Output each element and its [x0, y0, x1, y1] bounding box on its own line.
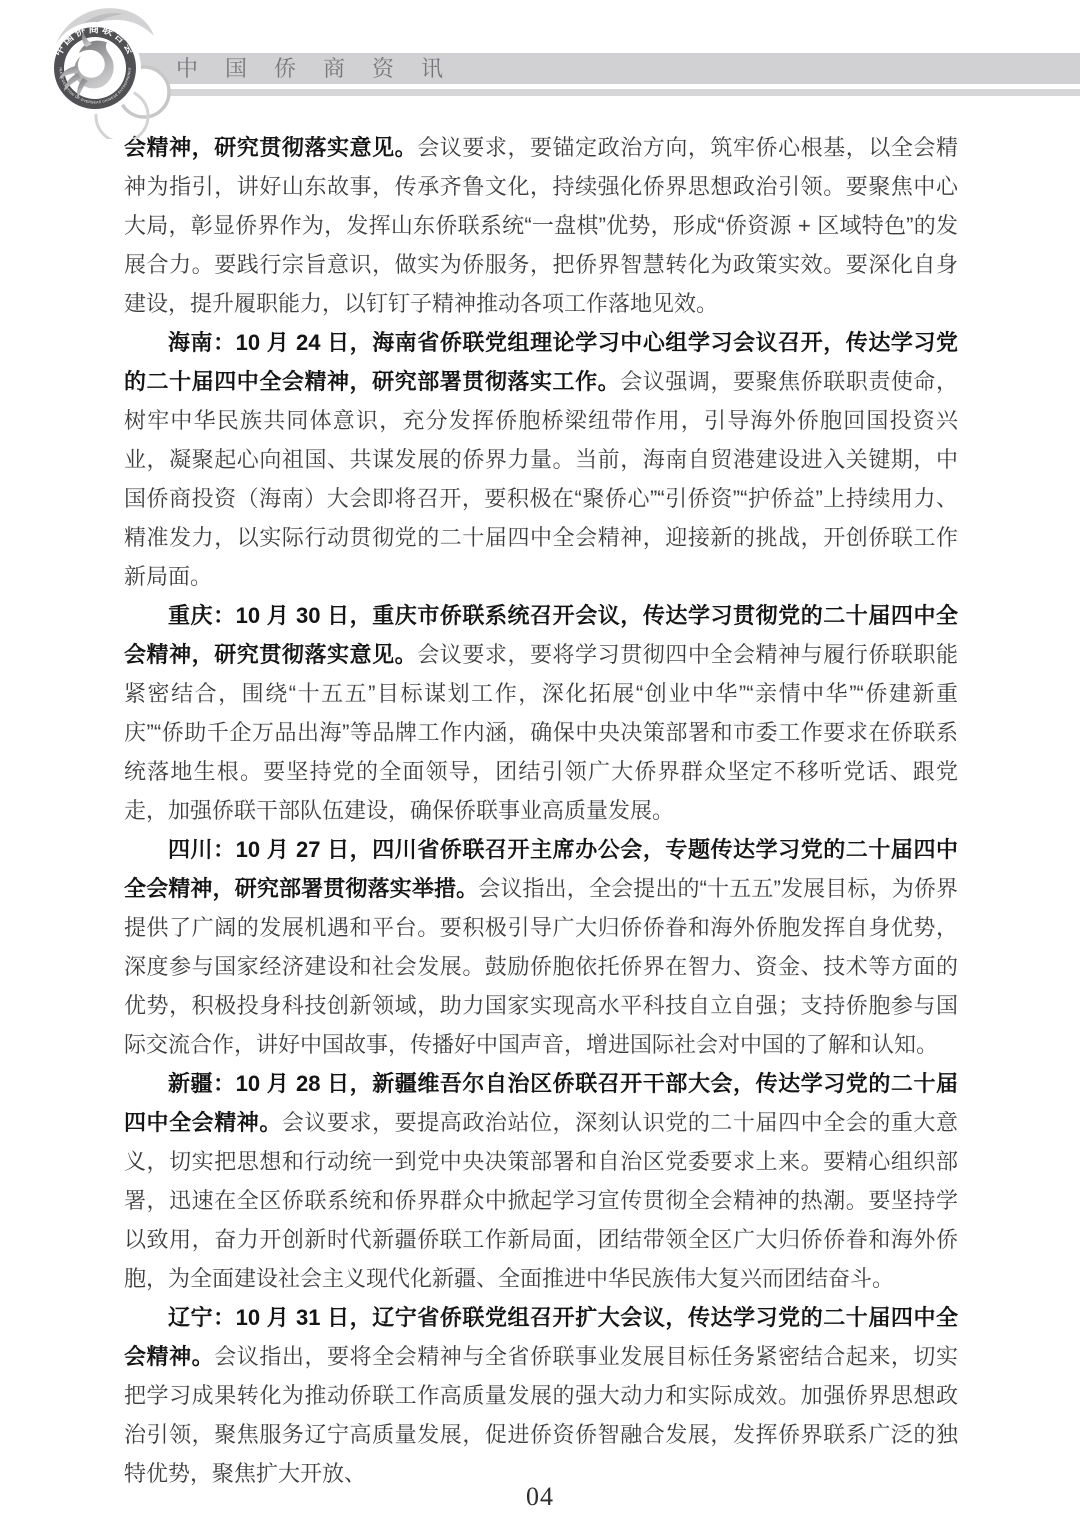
paragraph-chongqing: 重庆：10 月 30 日，重庆市侨联系统召开会议，传达学习贯彻党的二十届四中全会…: [124, 596, 958, 830]
paragraph-text: 会议要求，要锚定政治方向，筑牢侨心根基，以全会精神为指引，讲好山东故事，传承齐鲁…: [124, 135, 958, 316]
document-page: 中国侨商资讯: [0, 0, 1080, 1525]
page-number: 04: [0, 1482, 1080, 1512]
paragraph-text: 会议要求，要将学习贯彻四中全会精神与履行侨联职能紧密结合，围绕“十五五”目标谋划…: [124, 642, 958, 823]
paragraph-text: 会议指出，要将全会精神与全省侨联事业发展目标任务紧密结合起来，切实把学习成果转化…: [124, 1344, 958, 1486]
masthead-underline: [152, 89, 1080, 96]
logo-graphic: 中国侨商联合会 CHINA FEDERATION OF OVERSEAS CHI…: [40, 4, 175, 139]
masthead-title: 中国侨商资讯: [176, 53, 470, 84]
paragraph-liaoning: 辽宁：10 月 31 日，辽宁省侨联党组召开扩大会议，传达学习党的二十届四中全会…: [124, 1298, 958, 1493]
paragraph-text: 会议要求，要提高政治站位，深刻认识党的二十届四中全会的重大意义，切实把思想和行动…: [124, 1110, 958, 1291]
paragraph-text: 会议指出，全会提出的“十五五”发展目标，为侨界提供了广阔的发展机遇和平台。要积极…: [124, 876, 958, 1057]
paragraph-text: 会议强调，要聚焦侨联职责使命，树牢中华民族共同体意识，充分发挥侨胞桥梁纽带作用，…: [124, 369, 958, 589]
federation-logo-icon: 中国侨商联合会 CHINA FEDERATION OF OVERSEAS CHI…: [40, 4, 175, 139]
paragraph-sichuan: 四川：10 月 27 日，四川省侨联召开主席办公会，专题传达学习党的二十届四中全…: [124, 830, 958, 1064]
article-body: 会精神，研究贯彻落实意见。会议要求，要锚定政治方向，筑牢侨心根基，以全会精神为指…: [124, 128, 958, 1493]
paragraph-shandong-continued: 会精神，研究贯彻落实意见。会议要求，要锚定政治方向，筑牢侨心根基，以全会精神为指…: [124, 128, 958, 323]
paragraph-hainan: 海南：10 月 24 日，海南省侨联党组理论学习中心组学习会议召开，传达学习党的…: [124, 323, 958, 596]
paragraph-xinjiang: 新疆：10 月 28 日，新疆维吾尔自治区侨联召开干部大会，传达学习党的二十届四…: [124, 1064, 958, 1298]
